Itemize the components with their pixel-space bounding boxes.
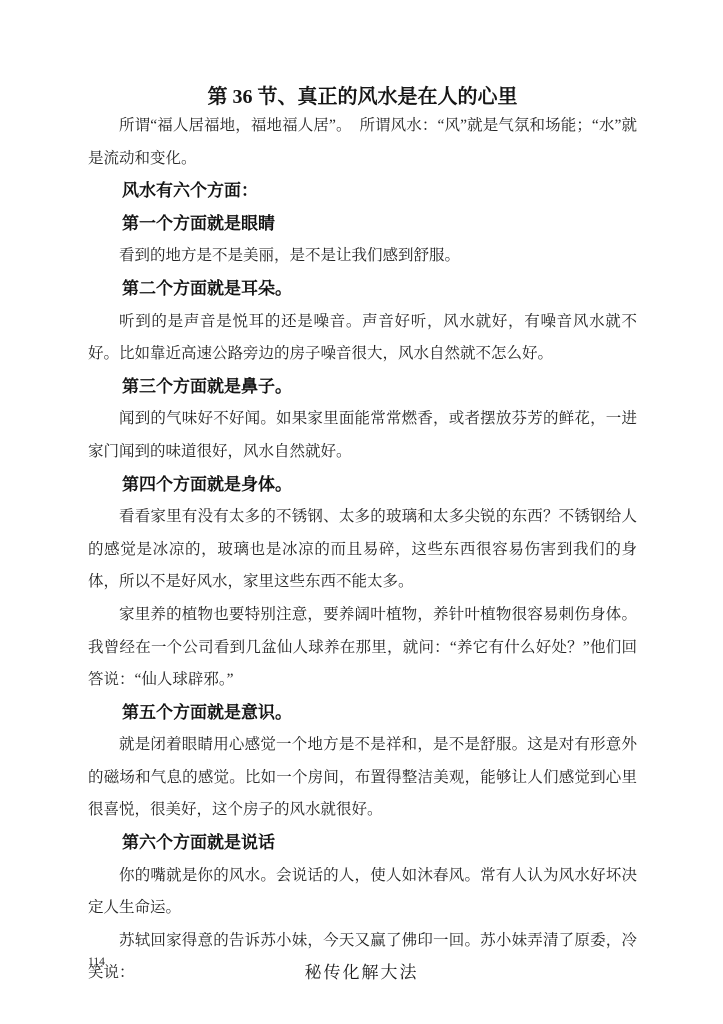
lead-heading: 风水有六个方面： — [88, 175, 637, 208]
section-heading-1: 第一个方面就是眼睛 — [88, 208, 637, 241]
page-content: 第 36 节、真正的风水是在人的心里 所谓“福人居福地，福地福人居”。 所谓风水… — [88, 0, 637, 990]
document-page: 第 36 节、真正的风水是在人的心里 所谓“福人居福地，福地福人居”。 所谓风水… — [0, 0, 723, 1024]
section-paragraph: 听到的是声音是悦耳的还是噪音。声音好听，风水就好，有噪音风水就不好。比如靠近高速… — [88, 306, 637, 371]
section-paragraph: 看看家里有没有太多的不锈钢、太多的玻璃和太多尖锐的东西？不锈钢给人的感觉是冰凉的… — [88, 501, 637, 599]
section-heading-5: 第五个方面就是意识。 — [88, 697, 637, 730]
sections: 第一个方面就是眼睛看到的地方是不是美丽，是不是让我们感到舒服。第二个方面就是耳朵… — [88, 208, 637, 990]
section-heading-6: 第六个方面就是说话 — [88, 827, 637, 860]
section-heading-3: 第三个方面就是鼻子。 — [88, 371, 637, 404]
section-paragraph: 你的嘴就是你的风水。会说话的人，使人如沐春风。常有人认为风水好坏决定人生命运。 — [88, 860, 637, 925]
section-paragraph: 家里养的植物也要特别注意，要养阔叶植物，养针叶植物很容易刺伤身体。我曾经在一个公… — [88, 599, 637, 697]
footer-book-title: 秘传化解大法 — [0, 958, 723, 983]
section-heading-4: 第四个方面就是身体。 — [88, 469, 637, 502]
section-paragraph: 闻到的气味好不好闻。如果家里面能常常燃香，或者摆放芬芳的鲜花，一进家门闻到的味道… — [88, 403, 637, 468]
intro-paragraph: 所谓“福人居福地，福地福人居”。 所谓风水：“风”就是气氛和场能；“水”就是流动… — [88, 110, 637, 175]
section-paragraph: 看到的地方是不是美丽，是不是让我们感到舒服。 — [88, 240, 637, 273]
section-heading-2: 第二个方面就是耳朵。 — [88, 273, 637, 306]
page-footer: 114 秘传化解大法 — [0, 952, 723, 986]
section-paragraph: 就是闭着眼睛用心感觉一个地方是不是祥和，是不是舒服。这是对有形意外的磁场和气息的… — [88, 729, 637, 827]
page-title: 第 36 节、真正的风水是在人的心里 — [88, 84, 637, 110]
